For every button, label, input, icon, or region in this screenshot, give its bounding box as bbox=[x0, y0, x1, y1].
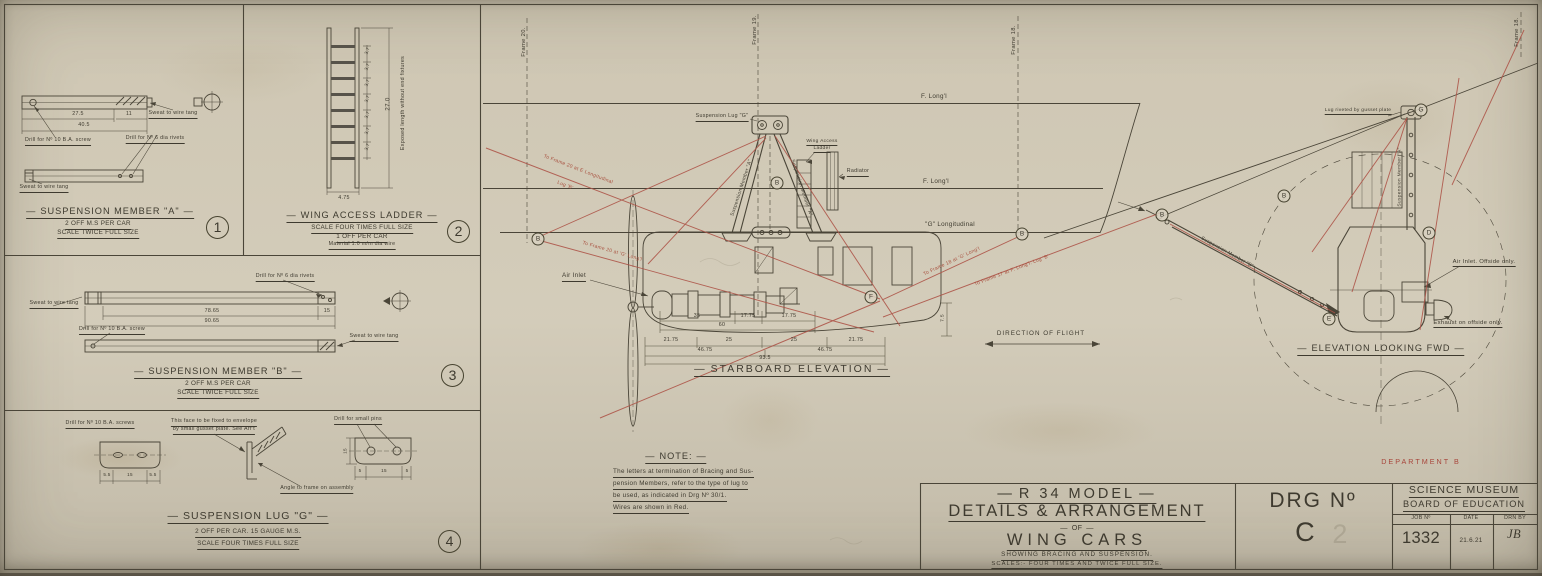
dim-label: 5 bbox=[359, 469, 362, 474]
dim-label: 17.75 bbox=[782, 314, 797, 320]
org-name-1: SCIENCE MUSEUM bbox=[1409, 485, 1519, 498]
member-a-label: Suspension Member "A" bbox=[1397, 147, 1402, 206]
dim-label: 21.75 bbox=[664, 338, 679, 344]
lug-riveted-label: Lug riveted by gusset plate bbox=[1325, 108, 1392, 115]
dim-label: 40.5 bbox=[78, 123, 90, 129]
title-wing-cars: WING CARS bbox=[1007, 532, 1147, 551]
ladder-total-dim: 27.0 bbox=[386, 97, 393, 110]
lug-marker-b: B bbox=[771, 177, 784, 190]
col-job-no: JOB Nº bbox=[1411, 516, 1430, 522]
sheet-borders bbox=[4, 4, 1538, 570]
dim-label: 35 bbox=[694, 314, 701, 320]
frame-20-label: Frame 20. bbox=[521, 27, 527, 57]
lug-marker-b: B bbox=[1156, 209, 1169, 222]
frame-19-label: Frame 19. bbox=[752, 15, 758, 45]
dim-label: 25 bbox=[726, 338, 733, 344]
note-fix-envelope-2: by small gusset plate. See Arr't bbox=[173, 427, 255, 435]
panel2-title: WING ACCESS LADDER bbox=[286, 211, 437, 223]
title-scales: SCALES:- FOUR TIMES AND TWICE FULL SIZE. bbox=[991, 561, 1162, 569]
dim-label: 46.75 bbox=[818, 348, 833, 354]
dimension-lines bbox=[645, 303, 952, 366]
lug-marker-b: B bbox=[1016, 228, 1029, 241]
panel1-title: SUSPENSION MEMBER "A" bbox=[26, 207, 194, 219]
starboard-elevation-drawing bbox=[483, 12, 1538, 432]
ladder-note: Exposed length without end fixtures bbox=[401, 56, 407, 150]
dim-label: 15 bbox=[344, 448, 349, 454]
note-sweat-tang: Sweat to wire tang bbox=[350, 334, 399, 342]
note-angle-assembly: Angle to frame on assembly bbox=[280, 486, 353, 494]
dim-label: 15 bbox=[324, 309, 331, 315]
detail-number-3: 3 bbox=[441, 364, 464, 387]
suspension-lug-label: Suspension Lug "G" bbox=[696, 114, 749, 122]
panel3-title: SUSPENSION MEMBER "B" bbox=[134, 367, 302, 379]
fwd-elevation-title: ELEVATION LOOKING FWD bbox=[1297, 344, 1464, 356]
dim-label: 15 bbox=[127, 473, 133, 478]
title-details: DETAILS & ARRANGEMENT bbox=[948, 503, 1205, 522]
drn-by-signature: JB bbox=[1507, 528, 1521, 541]
dim-label: 27.5 bbox=[72, 112, 84, 118]
longitudinal-f-label: F. Long'l bbox=[921, 94, 947, 101]
note-sweat-tang: Sweat to wire tang bbox=[149, 111, 198, 119]
col-date: DATE bbox=[1464, 516, 1479, 522]
drawing-sheet: 27.5 11 40.5 Sweat to wire tang Drill fo… bbox=[0, 0, 1542, 576]
note-drill-screw: Drill for Nº 10 B.A. screw bbox=[25, 138, 91, 146]
panel1-scale: SCALE TWICE FULL SIZE bbox=[57, 230, 139, 239]
panel4-title: SUSPENSION LUG "G" bbox=[168, 511, 329, 524]
ladder-label-2: Ladder bbox=[813, 146, 830, 153]
dim-label: 15 bbox=[381, 469, 387, 474]
dim-label: 21.75 bbox=[849, 338, 864, 344]
drg-no-label: DRG Nº bbox=[1269, 490, 1356, 512]
drg-no-value: C bbox=[1295, 518, 1315, 546]
dim-label: 90.65 bbox=[205, 319, 220, 325]
dim-label: 7.5 bbox=[940, 314, 945, 322]
direction-of-flight-label: DIRECTION OF FLIGHT bbox=[997, 331, 1085, 338]
col-drn-by: DRN BY bbox=[1504, 516, 1526, 522]
drg-no-ghost: 2 bbox=[1332, 520, 1347, 548]
lug-marker-e: E bbox=[1323, 313, 1336, 326]
lug-marker-b: B bbox=[532, 233, 545, 246]
panel4-subtitle: 2 OFF PER CAR. 15 GAUGE M.S. bbox=[195, 529, 301, 538]
dim-label: 5.5 bbox=[149, 473, 156, 478]
panel4-drawing bbox=[94, 424, 417, 486]
dim-label: 60 bbox=[719, 323, 726, 329]
panel3-scale: SCALE TWICE FULL SIZE bbox=[177, 390, 259, 399]
title-showing: SHOWING BRACING AND SUSPENSION. bbox=[1001, 552, 1153, 561]
note-line: The letters at termination of Bracing an… bbox=[613, 469, 754, 478]
detail-number-1: 1 bbox=[206, 216, 229, 239]
date-value: 21.6.21 bbox=[1459, 538, 1482, 545]
dim-label: 5 bbox=[406, 469, 409, 474]
lug-marker-g: G bbox=[1415, 104, 1428, 117]
note-line: be used, as indicated in Drg Nº 30/1. bbox=[613, 493, 727, 502]
dim-label: 11 bbox=[126, 112, 132, 118]
lug-marker-f: F bbox=[865, 291, 878, 304]
bracing-wires-red bbox=[486, 30, 1524, 418]
job-no-value: 1332 bbox=[1402, 530, 1440, 547]
note-drill-pins: Drill for small pins bbox=[334, 417, 382, 425]
note-drill-rivets: Drill for Nº 6 dia rivets bbox=[126, 136, 185, 144]
dim-label: 46.75 bbox=[698, 348, 713, 354]
note-line: Wires are shown in Red. bbox=[613, 505, 689, 514]
radiator-label: Radiator bbox=[847, 169, 869, 177]
panel4-scale: SCALE FOUR TIMES FULL SIZE bbox=[197, 541, 299, 550]
ladder-width-dim: 4.75 bbox=[338, 196, 350, 202]
lug-marker-b: B bbox=[1278, 190, 1291, 203]
dim-label: 78.65 bbox=[205, 309, 220, 315]
department-stamp: DEPARTMENT B bbox=[1381, 458, 1461, 466]
longitudinal-f-label: F. Long'l bbox=[923, 179, 949, 186]
frame-18-label: Frame 18. bbox=[1011, 25, 1017, 55]
note-drill-screws: Drill for Nº 10 B.A. screws bbox=[66, 421, 135, 429]
note-sweat-tang: Sweat to wire tang bbox=[20, 185, 69, 193]
longitudinal-g-label: "G" Longitudinal bbox=[925, 222, 975, 229]
exhaust-offside-label: Exhaust on offside only. bbox=[1433, 320, 1502, 328]
dim-label: 17.75 bbox=[741, 314, 756, 320]
fwd-elevation-drawing bbox=[1118, 106, 1506, 428]
note-line: pension Members, refer to the type of lu… bbox=[613, 481, 748, 490]
air-inlet-label: Air Inlet bbox=[562, 273, 586, 282]
dim-label: 25 bbox=[791, 338, 798, 344]
org-name-2: BOARD OF EDUCATION bbox=[1403, 500, 1525, 512]
dim-label: 93.5 bbox=[759, 356, 771, 362]
starboard-elevation-title: STARBOARD ELEVATION bbox=[694, 364, 890, 377]
note-drill-rivets: Drill for Nº 6 dia rivets bbox=[256, 274, 315, 282]
detail-number-2: 2 bbox=[447, 220, 470, 243]
dim-label: 5.5 bbox=[103, 473, 110, 478]
panel2-material: Material 1.0 m/m dia wire bbox=[329, 242, 396, 250]
panel2-drawing bbox=[327, 28, 393, 195]
air-inlet-offside-label: Air Inlet. Offside only. bbox=[1453, 259, 1516, 267]
detail-number-4: 4 bbox=[438, 530, 461, 553]
note-sweat-tang: Sweat to wire tang bbox=[30, 301, 79, 309]
note-heading: NOTE: bbox=[645, 452, 706, 464]
frame-label: Frame 18. bbox=[1514, 17, 1520, 47]
note-drill-screw: Drill for Nº 10 B.A. screw bbox=[79, 327, 145, 335]
lug-marker-d: D bbox=[1423, 227, 1436, 240]
